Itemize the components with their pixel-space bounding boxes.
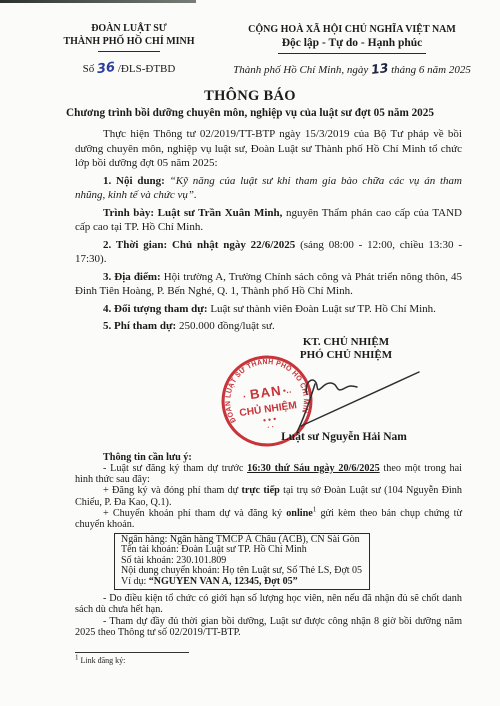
note-register-direct: + Đăng ký và đóng phí tham dự trực tiếp … xyxy=(75,485,462,508)
document-header: ĐOÀN LUẬT SƯ THÀNH PHỐ HỒ CHÍ MINH Số 36… xyxy=(0,0,500,76)
doc-title: THÔNG BÁO xyxy=(0,88,500,105)
signature-ink xyxy=(287,360,427,440)
signer-name: Luật sư Nguyễn Hải Nam xyxy=(238,431,450,443)
org-underline xyxy=(98,51,160,52)
scanner-edge-artifact xyxy=(0,0,196,3)
intro-paragraph: Thực hiện Thông tư 02/2019/TT-BTP ngày 1… xyxy=(75,127,462,171)
stamp-center-line1: BAN xyxy=(249,382,283,401)
issue-date-prefix: Thành phố Hồ Chí Minh, ngày xyxy=(233,64,368,76)
bank-transfer-box: Ngân hàng: Ngân hàng TMCP Á Châu (ACB), … xyxy=(114,533,370,591)
doc-number-suffix: /ĐLS-ĐTBD xyxy=(118,63,175,75)
scanned-announcement-document: { "ink": { "stamp_red": "#c4252c", "pen_… xyxy=(0,0,500,706)
document-number: Số 36 /ĐLS-ĐTBD xyxy=(38,61,220,76)
item-attendees: 4. Đối tượng tham dự: Luật sư thành viên… xyxy=(75,302,462,317)
national-motto-line2: Độc lập - Tự do - Hạnh phúc xyxy=(220,36,484,50)
national-header-block: CỘNG HOÀ XÃ HỘI CHỦ NGHĨA VIỆT NAM Độc l… xyxy=(220,23,484,76)
item-presenter: Trình bày: Luật sư Trần Xuân Minh, nguyê… xyxy=(75,206,462,235)
item-fee: 5. Phí tham dự: 250.000 đồng/luật sư. xyxy=(75,319,462,334)
document-body: Thực hiện Thông tư 02/2019/TT-BTP ngày 1… xyxy=(75,127,462,334)
org-name-line1: ĐOÀN LUẬT SƯ xyxy=(38,23,220,36)
signer-title-kt: KT. CHỦ NHIỆM xyxy=(250,336,442,350)
org-name-line2: THÀNH PHỐ HỒ CHÍ MINH xyxy=(38,36,220,49)
doc-number-prefix: Số xyxy=(83,63,95,75)
note-deadline: - Luật sư đăng ký tham dự trước 16:30 th… xyxy=(75,463,462,486)
note-register-online: + Chuyển khoản phí tham dự và đăng ký on… xyxy=(75,508,462,531)
bank-transfer-example-line: Ví dụ: “NGUYEN VAN A, 12345, Đợt 05” xyxy=(121,577,365,588)
motto-underline xyxy=(278,53,426,54)
issuing-org-block: ĐOÀN LUẬT SƯ THÀNH PHỐ HỒ CHÍ MINH Số 36… xyxy=(38,23,220,76)
signature-section: KT. CHỦ NHIỆM PHÓ CHỦ NHIỆM ĐOÀN LUẬT SƯ… xyxy=(0,334,500,452)
stamp-dot-left: · xyxy=(242,391,247,402)
item-location: 3. Địa điểm: Hội trường A, Trường Chính … xyxy=(75,270,462,299)
item-time: 2. Thời gian: Chủ nhật ngày 22/6/2025 (s… xyxy=(75,238,462,267)
note-credit-hours: - Tham dự đầy đủ thời gian bồi dưỡng, Lu… xyxy=(75,616,462,639)
issue-date-day-handwritten: 13 xyxy=(370,60,389,77)
notes-heading: Thông tin cần lưu ý: xyxy=(75,452,462,463)
item-content: 1. Nội dung: “Kỹ năng của luật sư khi th… xyxy=(75,174,462,203)
footnote-register-link: 1 Link đăng ký: xyxy=(75,656,500,665)
note-capacity-limit: - Do điều kiện tổ chức có giới hạn số lư… xyxy=(75,593,462,616)
notes-section: Thông tin cần lưu ý: - Luật sư đăng ký t… xyxy=(75,452,462,639)
issue-date: Thành phố Hồ Chí Minh, ngày 13 tháng 6 n… xyxy=(220,61,484,76)
issue-date-suffix: tháng 6 năm 2025 xyxy=(391,64,471,76)
doc-subtitle: Chương trình bồi dưỡng chuyên môn, nghiệ… xyxy=(0,107,500,119)
footnote-divider xyxy=(75,652,189,653)
national-motto-line1: CỘNG HOÀ XÃ HỘI CHỦ NGHĨA VIỆT NAM xyxy=(220,23,484,36)
doc-number-handwritten: 36 xyxy=(96,60,116,77)
